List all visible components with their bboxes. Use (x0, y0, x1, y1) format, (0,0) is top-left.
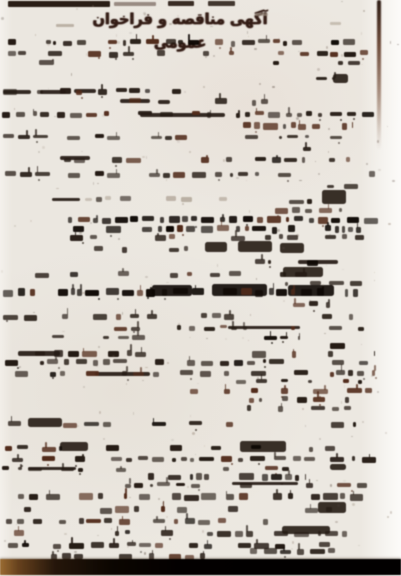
ink-segment (292, 207, 300, 213)
ink-segment (215, 39, 223, 45)
ink-segment (295, 272, 306, 277)
title-side-mark (255, 13, 268, 16)
ink-segment (182, 216, 188, 222)
scan-speck (390, 41, 391, 44)
scan-speck (4, 441, 5, 442)
ink-dot (140, 551, 142, 553)
scan-speck (187, 486, 189, 488)
ink-segment (28, 468, 42, 471)
ink-segment (273, 61, 279, 65)
ink-segment (122, 290, 135, 297)
ink-segment (60, 88, 72, 93)
ink-segment (104, 518, 112, 523)
ink-segment (217, 531, 230, 537)
ink-segment (33, 111, 37, 116)
ink-ascender (298, 543, 300, 550)
ink-segment (348, 61, 360, 64)
scan-speck (64, 533, 67, 536)
scan-speck (206, 338, 207, 339)
scan-speck (248, 340, 249, 341)
ink-mark (205, 242, 227, 252)
scan-speck (126, 383, 127, 385)
scan-speck (326, 46, 328, 48)
ink-dot (195, 429, 197, 431)
ink-segment (68, 351, 79, 357)
ink-mark (238, 241, 272, 252)
document-title: آگهی مناقصه و فراخوان عمومی (78, 8, 282, 31)
scan-speck (62, 331, 64, 332)
ink-dot (182, 203, 184, 205)
ink-segment (153, 372, 159, 377)
ink-segment (350, 281, 362, 286)
ink-segment (280, 272, 287, 277)
ink-dot (169, 538, 171, 540)
scan-speck (1, 270, 2, 273)
scan-speck (70, 44, 71, 46)
ink-segment (347, 112, 357, 116)
ink-segment (279, 234, 283, 238)
ink-segment (201, 157, 209, 162)
ink-segment (201, 313, 208, 318)
ink-segment (252, 351, 266, 358)
ink-segment (229, 271, 241, 275)
ink-segment (339, 208, 342, 212)
scan-speck (291, 548, 294, 550)
ink-segment (263, 359, 266, 363)
ink-segment (285, 474, 292, 480)
scan-speck (99, 411, 101, 414)
ink-ascender (266, 35, 268, 40)
ink-dot (101, 96, 103, 98)
scan-speck (344, 385, 346, 388)
ink-ascender (288, 107, 290, 114)
ink-segment (3, 134, 14, 138)
ink-segment (155, 235, 165, 240)
ink-segment (100, 508, 112, 514)
ink-segment (247, 405, 251, 410)
ink-segment (249, 398, 255, 404)
ink-dot (38, 179, 40, 181)
ink-segment (200, 371, 211, 376)
ink-segment (252, 100, 255, 106)
ink-dot (82, 242, 84, 244)
ink-segment (369, 171, 375, 177)
ink-segment (2, 466, 9, 470)
ink-ascender (317, 391, 319, 398)
ink-ascender (117, 526, 119, 532)
ink-segment (133, 372, 144, 376)
ink-segment (177, 325, 181, 329)
ink-segment (276, 289, 287, 296)
ink-ascender (62, 463, 64, 469)
ink-segment (74, 158, 85, 163)
scan-speck (324, 333, 326, 334)
ink-dot (79, 473, 81, 475)
ink-segment (107, 173, 120, 178)
ink-segment (301, 289, 312, 296)
ink-ascender (137, 330, 139, 336)
scan-speck (102, 114, 105, 116)
ink-segment (226, 494, 235, 500)
ink-ascender (274, 452, 276, 457)
ink-segment (46, 40, 50, 44)
ink-ascender (28, 167, 30, 173)
ink-segment (96, 197, 102, 202)
ink-segment (165, 136, 172, 140)
ink-ascender (229, 310, 231, 315)
scan-speck (129, 32, 131, 34)
scan-speck (335, 521, 338, 523)
scan-speck (282, 247, 284, 249)
ink-segment (39, 60, 54, 65)
ink-segment (279, 136, 283, 139)
ink-ascender (219, 93, 221, 99)
ink-segment (317, 288, 324, 295)
ink-segment (2, 112, 10, 118)
scan-speck (249, 210, 251, 213)
ink-segment (271, 474, 282, 480)
ink-ascender (324, 385, 326, 390)
ink-segment (35, 351, 46, 356)
ink-segment (187, 272, 192, 276)
ink-segment (129, 98, 141, 102)
ink-dot (98, 298, 100, 300)
ink-segment (322, 314, 332, 318)
ink-segment (255, 259, 265, 264)
ink-ascender (334, 72, 336, 78)
scan-speck (298, 51, 300, 52)
ink-segment (109, 52, 118, 58)
ink-mark (60, 442, 88, 451)
ink-ascender (288, 470, 290, 475)
ink-segment (190, 389, 198, 395)
ink-dot (322, 225, 324, 227)
ink-segment (70, 113, 82, 118)
ink-segment (8, 543, 18, 549)
ink-ascender (80, 284, 82, 290)
ink-dot (164, 298, 166, 300)
ink-segment (125, 530, 130, 534)
ink-ascender (17, 454, 19, 459)
ink-ascender (120, 466, 122, 469)
ink-segment (342, 123, 347, 130)
scan-speck (143, 12, 145, 15)
ink-segment (243, 122, 251, 128)
ink-segment (309, 301, 317, 306)
ink-segment (37, 90, 43, 95)
scan-speck (387, 126, 388, 127)
ink-segment (86, 519, 101, 523)
ink-segment (245, 226, 248, 231)
scan-speck (127, 546, 128, 548)
ink-ascender (67, 308, 69, 314)
ink-segment (138, 456, 148, 460)
ink-segment (238, 172, 248, 177)
ink-segment (264, 548, 277, 554)
scan-speck (90, 222, 92, 224)
ink-segment (157, 482, 170, 486)
ink-ascender (151, 310, 153, 316)
scan-speck (142, 380, 144, 382)
ink-segment (338, 61, 343, 66)
scan-speck (390, 511, 391, 513)
ink-segment (203, 51, 209, 56)
ink-segment (134, 483, 143, 488)
ink-segment (297, 549, 304, 555)
ink-segment (374, 351, 375, 356)
ink-segment (291, 122, 295, 128)
ink-segment (59, 520, 66, 525)
ink-ascender (222, 214, 224, 218)
ink-segment (254, 122, 260, 129)
ink-segment (78, 217, 90, 222)
ink-segment (286, 217, 289, 222)
scan-speck (377, 391, 379, 393)
scan-speck (112, 355, 115, 357)
ink-ascender (256, 539, 258, 545)
ink-segment (204, 474, 209, 480)
ink-segment (190, 458, 194, 463)
ink-dot (319, 119, 321, 121)
ink-segment (75, 456, 86, 462)
ink-segment (265, 235, 270, 240)
ink-segment (69, 543, 84, 549)
ink-ascender (230, 47, 232, 52)
ink-segment (106, 226, 120, 232)
scan-speck (277, 229, 280, 231)
ink-dot (231, 463, 233, 465)
ink-segment (280, 550, 291, 554)
bottom-rule-bar (0, 559, 401, 575)
ink-segment (17, 519, 24, 525)
ink-segment (149, 173, 160, 177)
scan-speck (217, 264, 218, 267)
ink-dot (271, 342, 273, 344)
ink-segment (325, 531, 339, 536)
ink-segment (190, 474, 193, 480)
ink-ascender (96, 215, 98, 219)
scan-speck (337, 504, 340, 507)
ink-segment (278, 51, 284, 56)
ink-ascender (156, 169, 158, 174)
ink-segment (274, 456, 287, 460)
scan-speck (296, 234, 299, 237)
ink-ascender (294, 298, 296, 304)
ink-ascender (71, 537, 73, 544)
ink-ascender (336, 453, 338, 458)
ink-segment (262, 474, 268, 481)
scan-speck (153, 288, 155, 289)
ink-segment (174, 519, 178, 524)
ink-ascender (128, 46, 130, 52)
ink-segment (239, 473, 254, 480)
scan-speck (48, 88, 49, 89)
ink-segment (294, 532, 308, 537)
ink-dot (57, 550, 59, 552)
ink-ascender (286, 332, 288, 337)
scan-speck (83, 386, 85, 389)
ink-segment (116, 314, 122, 320)
scan-speck (397, 44, 399, 45)
ink-segment (215, 98, 227, 104)
ink-segment (348, 370, 352, 376)
ink-segment (288, 493, 293, 499)
ink-segment (313, 397, 325, 402)
ink-segment (152, 457, 164, 462)
ink-segment (291, 289, 295, 296)
ink-segment (207, 112, 211, 118)
scan-speck (248, 36, 250, 37)
ink-segment (353, 422, 356, 426)
ink-ascender (101, 84, 103, 90)
ink-ascender (284, 385, 286, 389)
scan-speck (145, 276, 147, 279)
scan-speck (302, 408, 305, 410)
ink-segment (325, 225, 331, 231)
ink-segment (157, 50, 165, 56)
ink-segment (243, 216, 253, 222)
ink-segment (252, 226, 265, 231)
scan-speck (177, 140, 179, 142)
scan-speck (98, 346, 100, 348)
ink-segment (120, 196, 131, 201)
ink-mark (330, 464, 346, 470)
ink-dot (36, 141, 38, 143)
ink-segment (330, 52, 338, 57)
ink-segment (191, 216, 197, 221)
ink-segment (201, 217, 214, 223)
scan-speck (341, 1, 343, 3)
scan-speck (167, 362, 169, 365)
ink-ascender (207, 540, 209, 545)
scan-speck (341, 401, 342, 404)
ink-segment (300, 52, 309, 57)
scan-speck (158, 498, 160, 500)
ink-dot (109, 47, 111, 49)
ink-segment (8, 51, 16, 56)
top-rule-segment (208, 1, 235, 6)
ink-segment (192, 172, 206, 178)
ink-segment (50, 372, 56, 377)
scan-speck (189, 337, 191, 339)
ink-segment (329, 158, 335, 162)
ink-mark (28, 418, 62, 427)
ink-segment (123, 40, 126, 46)
scan-speck (97, 535, 99, 536)
ink-dot (190, 378, 192, 380)
ink-segment (217, 225, 229, 231)
scan-speck (371, 375, 373, 376)
scan-speck (133, 412, 134, 415)
ink-segment (98, 493, 103, 499)
ink-segment (68, 173, 81, 178)
top-rule-segment (8, 1, 110, 7)
ink-segment (42, 456, 56, 461)
ink-ascender (157, 233, 159, 237)
scan-speck (374, 272, 375, 273)
ink-ascender (72, 284, 74, 289)
ink-ascender (235, 230, 237, 237)
scan-speck (131, 17, 132, 20)
scan-speck (81, 151, 83, 153)
ink-segment (130, 216, 138, 222)
ink-segment (255, 172, 259, 176)
ink-segment (169, 216, 179, 222)
ink-segment (278, 173, 291, 177)
ink-segment (242, 40, 255, 45)
ink-segment (263, 123, 277, 130)
scan-speck (118, 238, 120, 240)
ink-segment (14, 530, 24, 536)
ink-dot (6, 320, 8, 322)
ink-ascender (150, 287, 152, 291)
ink-ascender (141, 347, 143, 353)
ink-segment (199, 457, 214, 461)
scan-speck (352, 503, 355, 506)
ink-segment (142, 216, 154, 221)
ink-segment (196, 473, 202, 479)
ink-segment (58, 289, 68, 296)
scan-speck (283, 300, 285, 302)
ink-segment (326, 507, 332, 512)
ink-segment (79, 518, 84, 523)
ink-segment (118, 271, 128, 275)
scan-speck (296, 117, 299, 120)
ink-segment (53, 41, 56, 45)
ink-segment (204, 327, 215, 331)
ink-segment (185, 518, 196, 523)
ink-segment (305, 135, 309, 138)
ink-segment (111, 457, 122, 462)
scan-speck (144, 552, 146, 555)
scan-speck (166, 516, 169, 518)
ink-segment (224, 371, 229, 376)
ink-segment (357, 483, 367, 487)
ink-segment (112, 157, 122, 163)
ink-segment (15, 371, 28, 377)
ink-dot (182, 234, 184, 236)
ink-segment (115, 217, 128, 223)
ink-segment (318, 113, 322, 117)
scan-speck (363, 10, 365, 12)
ink-segment (116, 88, 127, 92)
ink-dot (284, 556, 286, 558)
ink-segment (343, 39, 355, 45)
scan-speck (318, 173, 320, 174)
scan-speck (309, 300, 310, 301)
ink-segment (342, 531, 346, 537)
ink-solid (158, 100, 170, 104)
ink-segment (240, 483, 252, 488)
ink-ascender (45, 442, 47, 447)
ink-segment (287, 135, 297, 139)
ink-ascender (35, 129, 37, 136)
ink-segment (318, 531, 321, 536)
ink-ascender (283, 547, 285, 551)
scan-speck (195, 454, 197, 456)
scan-speck (328, 128, 330, 130)
ink-segment (241, 288, 251, 295)
scan-speck (213, 55, 215, 57)
scan-speck (145, 367, 148, 368)
ink-segment (18, 494, 24, 499)
scan-speck (203, 86, 205, 88)
ink-segment (63, 423, 77, 428)
ink-segment (77, 40, 86, 44)
scan-speck (250, 314, 251, 316)
scan-speck (231, 320, 234, 321)
ink-segment (319, 542, 331, 547)
